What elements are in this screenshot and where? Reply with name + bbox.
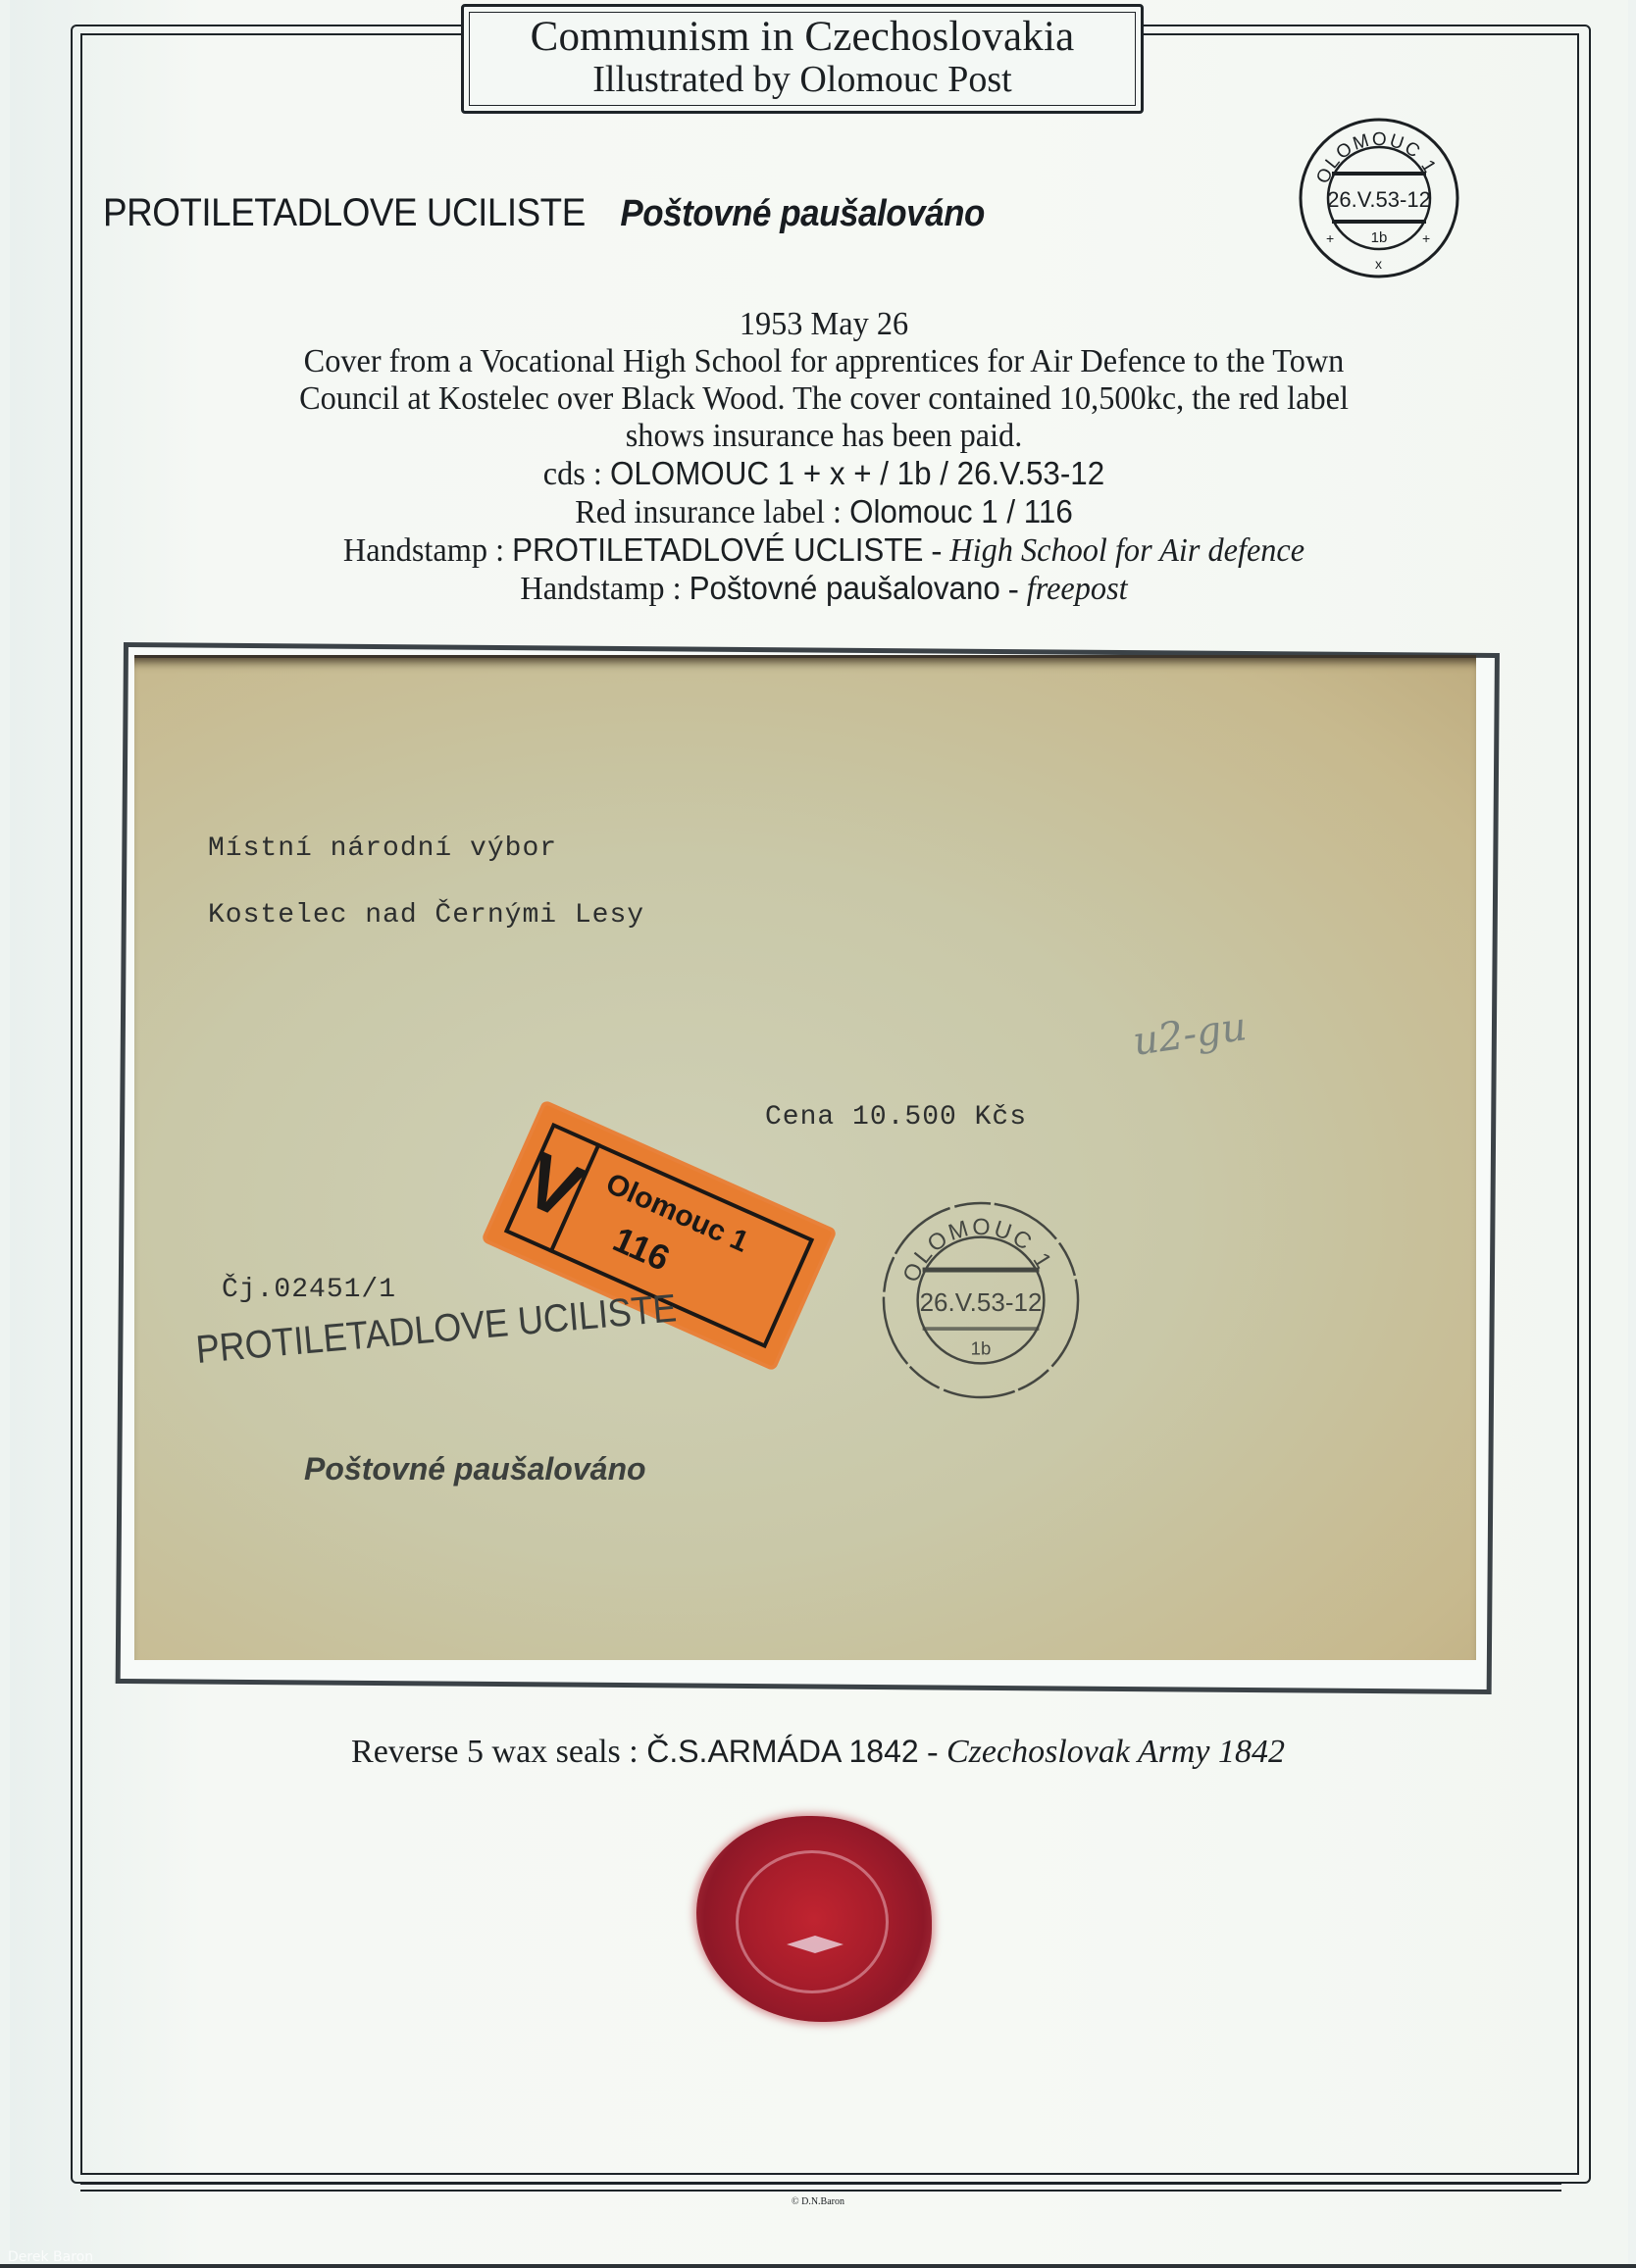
- handstamp-header: PROTILETADLOVE UCILISTE Poštovné paušalo…: [103, 191, 985, 235]
- reference-number: Čj.02451/1: [222, 1275, 396, 1305]
- cover-handstamp-freepost: Poštovné paušalováno: [304, 1451, 646, 1487]
- svg-text:+: +: [1326, 230, 1334, 246]
- svg-text:x: x: [1375, 256, 1382, 272]
- postmark-town: OLOMOUC 1: [1312, 129, 1440, 187]
- description-block: 1953 May 26 Cover from a Vocational High…: [181, 306, 1467, 608]
- description-line: Cover from a Vocational High School for …: [181, 343, 1467, 380]
- cds-line: cds : OLOMOUC 1 + x + / 1b / 26.V.53-12: [181, 455, 1467, 493]
- description-line: shows insurance has been paid.: [181, 418, 1467, 455]
- svg-text:+: +: [1422, 230, 1430, 246]
- envelope-cover: [134, 655, 1476, 1660]
- address-line-1: Místní národní výbor: [208, 833, 557, 864]
- handstamp-line-1: Handstamp : PROTILETADLOVÉ UCLISTE - Hig…: [181, 531, 1467, 570]
- cover-date: 1953 May 26: [181, 306, 1467, 343]
- handstamp-freepost-text: Poštovné paušalováno: [620, 193, 985, 234]
- insurance-label-line: Red insurance label : Olomouc 1 / 116: [181, 493, 1467, 531]
- cover-postmark-code: 1b: [971, 1338, 992, 1359]
- svg-text:OLOMOUC 1: OLOMOUC 1: [1312, 129, 1440, 187]
- page-subtitle: Illustrated by Olomouc Post: [464, 60, 1141, 99]
- cover-postmark-date: 26.V.53-12: [920, 1287, 1043, 1317]
- postmark-illustration: OLOMOUC 1 26.V.53-12 1b + x +: [1297, 116, 1461, 280]
- page-title-box: Communism in Czechoslovakia Illustrated …: [461, 4, 1144, 114]
- handstamp-school-text: PROTILETADLOVE UCILISTE: [103, 191, 586, 234]
- page-title: Communism in Czechoslovakia: [464, 15, 1141, 60]
- declared-value: Cena 10.500 Kčs: [765, 1102, 1027, 1133]
- bottom-edge: [0, 2264, 1636, 2268]
- watermark-text: Derek Baron: [8, 2249, 93, 2265]
- reverse-seals-caption: Reverse 5 wax seals : Č.S.ARMÁDA 1842 - …: [0, 1734, 1636, 1771]
- postmark-date: 26.V.53-12: [1327, 187, 1431, 212]
- address-line-2: Kostelec nad Černými Lesy: [208, 900, 644, 931]
- description-line: Council at Kostelec over Black Wood. The…: [181, 380, 1467, 418]
- handstamp-line-2: Handstamp : Poštovné paušalovano - freep…: [181, 570, 1467, 608]
- postmark-code: 1b: [1371, 229, 1388, 246]
- bottom-rule: [80, 2183, 1561, 2192]
- copyright-text: © D.N.Baron: [0, 2196, 1636, 2207]
- cover-postmark: OLOMOUC 1 26.V.53-12 1b: [879, 1198, 1083, 1402]
